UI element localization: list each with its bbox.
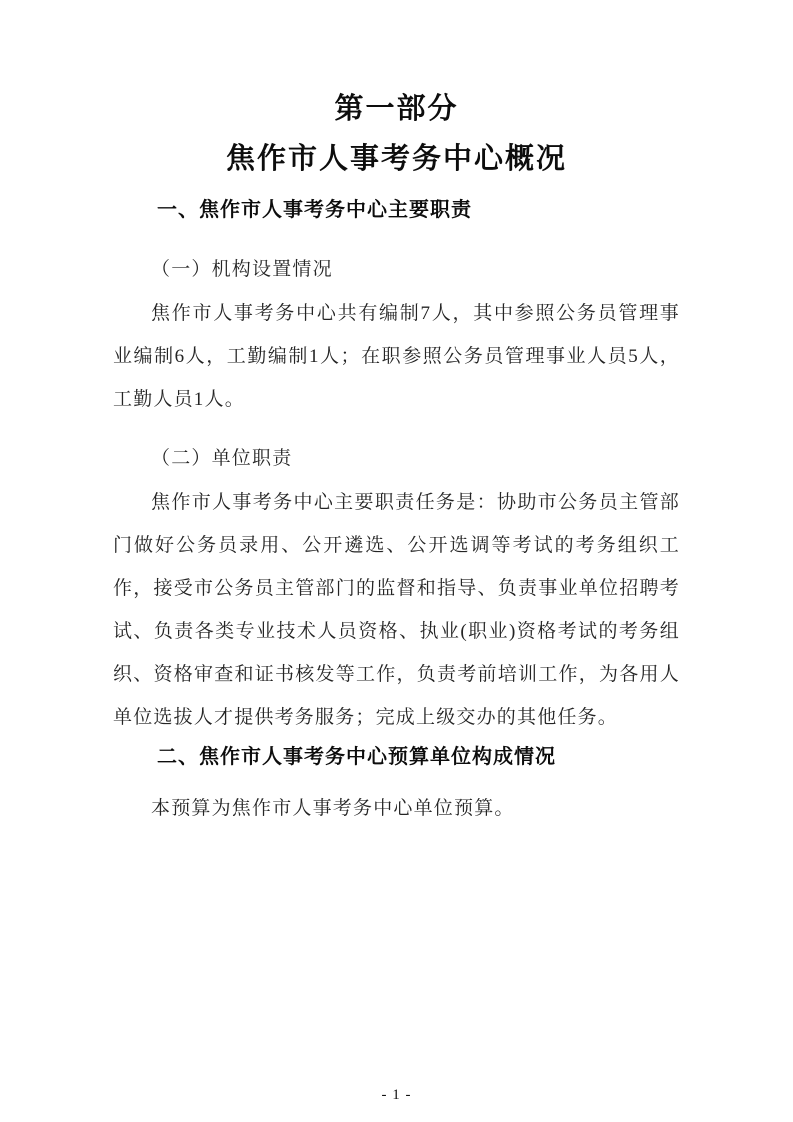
document-title-line1: 第一部分 (113, 84, 680, 134)
document-page: 第一部分 焦作市人事考务中心概况 一、焦作市人事考务中心主要职责 （一）机构设置… (0, 0, 793, 1122)
section-2-heading: 二、焦作市人事考务中心预算单位构成情况 (113, 735, 680, 779)
section-1-paragraph-1: 焦作市人事考务中心共有编制7人，其中参照公务员管理事业编制6人，工勤编制1人；在… (113, 292, 680, 421)
section-2-paragraph-1: 本预算为焦作市人事考务中心单位预算。 (113, 787, 680, 830)
section-1-subheading-2: （二）单位职责 (113, 437, 680, 481)
section-1-paragraph-2: 焦作市人事考务中心主要职责任务是：协助市公务员主管部门做好公务员录用、公开遴选、… (113, 481, 680, 739)
document-title-line2: 焦作市人事考务中心概况 (113, 134, 680, 184)
document-body: 第一部分 焦作市人事考务中心概况 一、焦作市人事考务中心主要职责 （一）机构设置… (0, 0, 793, 830)
document-title: 第一部分 焦作市人事考务中心概况 (113, 84, 680, 184)
section-1-subheading-1: （一）机构设置情况 (113, 248, 680, 292)
section-1-heading: 一、焦作市人事考务中心主要职责 (113, 188, 680, 232)
page-number: - 1 - (0, 1087, 793, 1104)
